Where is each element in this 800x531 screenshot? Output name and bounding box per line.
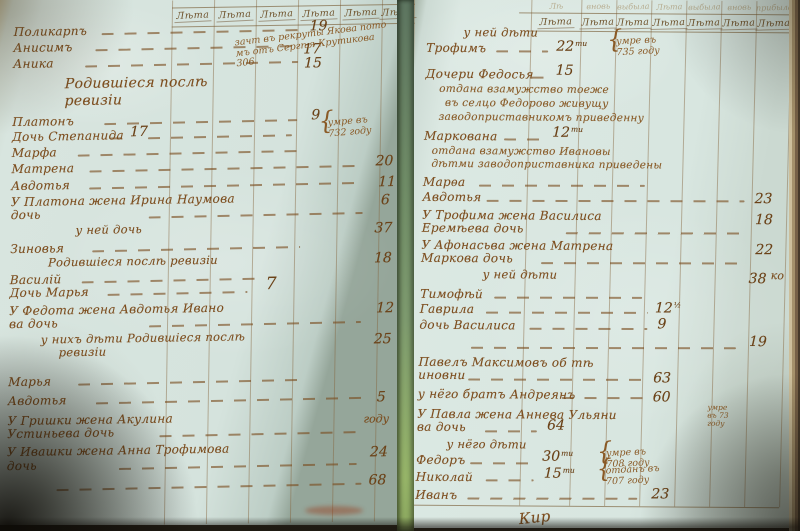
column-header-leta: Лѣта [537, 16, 574, 29]
leader-dash [470, 462, 538, 464]
header-line [407, 505, 779, 509]
value-superscript: ти [563, 466, 575, 475]
row-name: Гаврила [420, 302, 475, 316]
value-superscript: ½ [674, 301, 682, 310]
age-value: 24 [370, 444, 388, 460]
leader-dash [486, 312, 648, 314]
row-name: Марья [8, 374, 51, 389]
faint-column-header: прибыла [756, 3, 793, 13]
row-name: у нёго дѣти [446, 437, 526, 452]
margin-note: умре въ735 году{ [616, 35, 660, 58]
margin-note: умре въ732 году{ [328, 115, 372, 140]
leader-dash [96, 397, 363, 404]
age-value: 12½ [655, 300, 682, 316]
row-name: въ селцо Федорово живущу [445, 97, 609, 110]
column-header-leta: Лѣта [174, 9, 211, 23]
row-name-2: ва дочь [417, 420, 466, 434]
column-header-leta: Лѣта [720, 17, 757, 30]
row-name-2: Устиньева дочь [7, 425, 114, 441]
value-superscript: ти [575, 39, 587, 48]
column-header-leta: Лѣта [650, 17, 687, 30]
faint-column-header: вновь [586, 2, 610, 12]
age-value: 23 [651, 486, 669, 502]
age-value: году [363, 412, 389, 425]
column-line [290, 0, 299, 523]
age-value: 37 [374, 220, 392, 236]
leader-dash [504, 138, 546, 140]
row-name: у ней дѣти [483, 267, 558, 282]
column-header-leta: Лѣта [258, 8, 295, 22]
row-name: у ней дочь [75, 222, 142, 237]
age-value: 30ти [542, 449, 573, 465]
row-name: У Платона жена Ирина Наумова [11, 192, 235, 210]
row-name-2: иновни [418, 368, 466, 382]
age-value: 64 [547, 418, 565, 434]
leader-dash [89, 182, 363, 189]
ink-stain [305, 506, 363, 515]
leader-dash [467, 498, 637, 500]
row-name: Дочери Федосья [425, 67, 533, 82]
age-value: 17 [130, 124, 148, 140]
column-header-leta: Лѣта [216, 9, 253, 23]
row-name-2: дочь [11, 208, 41, 222]
row-name: Авдотья [422, 190, 481, 204]
age-value: 12 [376, 300, 394, 316]
row-name: Поликарпъ [14, 24, 88, 39]
right-page: ЛѣтаЛѣтаЛѣтаЛѣтаЛѣтаЛѣтаЛѣтаЛѣвновьвыбыл… [413, 0, 789, 528]
row-name: дочь Василиса [419, 318, 516, 333]
age-value: 22ти [556, 39, 587, 55]
column-line [709, 1, 722, 507]
age-value: 60 [653, 389, 671, 405]
leader-dash [566, 232, 742, 234]
age-value: 68 [368, 472, 386, 488]
row-name: Николай [416, 470, 474, 484]
leader-dash [496, 50, 548, 52]
ledger-photo: ЛѣтаЛѣтаЛѣтаЛѣтаЛѣтаЛѣтаПоликарпъ19Аниси… [0, 0, 800, 531]
age-value: 15 [556, 63, 574, 79]
age-value: 63 [653, 370, 671, 386]
leader-dash [494, 297, 642, 299]
margin-note-line: 735 году [616, 46, 660, 58]
column-line [639, 0, 652, 506]
header-line [527, 30, 793, 33]
value-superscript: ти [571, 125, 583, 134]
age-value: 5 [377, 389, 386, 405]
leader-dash [56, 483, 361, 491]
faint-column-header: выбыла [617, 2, 650, 12]
row-name: Федоръ [416, 453, 466, 467]
leader-dash [487, 200, 745, 202]
row-name: Трофимъ [426, 41, 486, 55]
column-header-leta: Лѣта [342, 7, 379, 21]
age-value: 22 [755, 242, 773, 258]
age-value: 9 [657, 316, 666, 332]
margin-note: умревъ 73году [707, 404, 729, 428]
value-superscript: ти [561, 449, 573, 458]
row-name: ревизіи [64, 92, 122, 109]
row-name: Маркована [424, 129, 498, 144]
row-name: Марѳа [423, 175, 466, 189]
age-value: 15ти [544, 466, 575, 482]
leader-dash [468, 379, 646, 381]
leader-dash [149, 321, 361, 327]
row-name: Авдотья [11, 178, 70, 193]
row-name-2: ва дочь [9, 316, 58, 331]
age-value: 18 [374, 250, 392, 266]
age-value: 38 [748, 271, 766, 287]
row-name: У Ивашки жена Анна Трофимова [7, 442, 230, 459]
age-value: 6 [381, 192, 390, 208]
left-page: ЛѣтаЛѣтаЛѣтаЛѣтаЛѣтаЛѣтаПоликарпъ19Аниси… [0, 0, 413, 525]
note-brace: { [318, 115, 334, 127]
page-edges [789, 0, 800, 531]
leader-dash [78, 150, 302, 156]
book-spine-strip [397, 0, 414, 531]
leader-dash [485, 430, 537, 432]
column-header-leta: Лѣта [685, 17, 722, 30]
row-name: Марфа [12, 145, 57, 160]
leader-dash [562, 397, 646, 399]
row-name: у нихъ дѣти Родившіеся послѣ [41, 329, 246, 346]
age-value: 11 [378, 174, 396, 190]
leader-dash [541, 262, 741, 264]
row-name-2: ревизіи [59, 345, 107, 360]
row-name: Родившіеся послѣ [65, 74, 208, 92]
column-header-leta: Лѣта [755, 18, 792, 31]
row-name: У Федота жена Авдотья Ивано [9, 301, 224, 318]
margin-note-line: году [707, 420, 728, 428]
leader-dash [479, 185, 645, 187]
column-line [332, 0, 341, 522]
row-name-2: дочь [7, 459, 37, 473]
leader-dash [149, 212, 363, 218]
age-value: 25 [374, 331, 392, 347]
row-name: Иванъ [415, 488, 457, 502]
leader-dash [486, 479, 534, 481]
leader-dash [92, 246, 300, 252]
age-value: 18 [755, 212, 773, 228]
row-name: Дочь Степанида [12, 128, 124, 144]
leader-dash [78, 379, 298, 385]
row-name: Аника [13, 56, 54, 71]
age-value: 20 [375, 153, 393, 169]
margin-note-line: 732 году [328, 125, 372, 139]
row-name: Анисимъ [13, 40, 72, 55]
leader-dash [529, 328, 647, 330]
row-name: заводоприставникомъ приведенну [438, 111, 644, 124]
note-brace: { [607, 34, 623, 46]
leader-dash [119, 463, 357, 469]
row-name: у нёго братъ Андреянъ [418, 387, 576, 402]
left-page-content: ЛѣтаЛѣтаЛѣтаЛѣтаЛѣтаЛѣтаПоликарпъ19Аниси… [0, 0, 417, 528]
age-value: 15 [304, 55, 322, 71]
margin-note: отданъ въ707 году{ [606, 464, 660, 487]
faint-column-header: выбыла [688, 2, 721, 12]
right-page-content: ЛѣтаЛѣтаЛѣтаЛѣтаЛѣтаЛѣтаЛѣтаЛѣвновьвыбыл… [407, 0, 796, 529]
column-line [674, 1, 687, 507]
leader-dash [159, 431, 357, 437]
age-value: 7 [265, 274, 276, 294]
age-value: 12ти [552, 125, 583, 141]
age-value: 19 [749, 334, 767, 350]
age-value: ко [771, 269, 785, 282]
row-name: дѣтми заводоприставника приведены [431, 158, 662, 172]
header-line [519, 12, 793, 15]
row-name: Зиновья [10, 241, 64, 256]
column-line [248, 0, 257, 523]
faint-column-header: вновь [727, 3, 751, 13]
leader-dash [471, 347, 736, 349]
note-brace: { [596, 463, 612, 475]
row-name: отдана взамужство тоеже [439, 83, 609, 96]
faint-column-header: Лѣ [549, 1, 563, 10]
leader-dash [108, 291, 248, 295]
row-name: Кир [518, 507, 551, 528]
faint-column-header: Лѣта [656, 2, 682, 12]
row-name: у ней дѣти [463, 25, 538, 40]
row-name-2: Еремѣева дочь [422, 221, 524, 236]
leader-dash [89, 165, 361, 172]
row-name-2: Маркова дочь [421, 251, 513, 266]
row-name: Дочь Марья [9, 285, 89, 300]
age-value: 23 [754, 191, 772, 207]
leader-dash [82, 278, 262, 283]
row-name: Тимофѣй [420, 287, 483, 301]
row-name: Родившіеся послѣ ревизіи [48, 253, 218, 270]
row-name: Авдотья [8, 393, 67, 408]
row-name: Матрена [11, 161, 74, 176]
row-name: Платонъ [12, 114, 74, 129]
row-name: отдана взамужство Ивановы [432, 145, 611, 158]
leader-dash [532, 77, 550, 79]
